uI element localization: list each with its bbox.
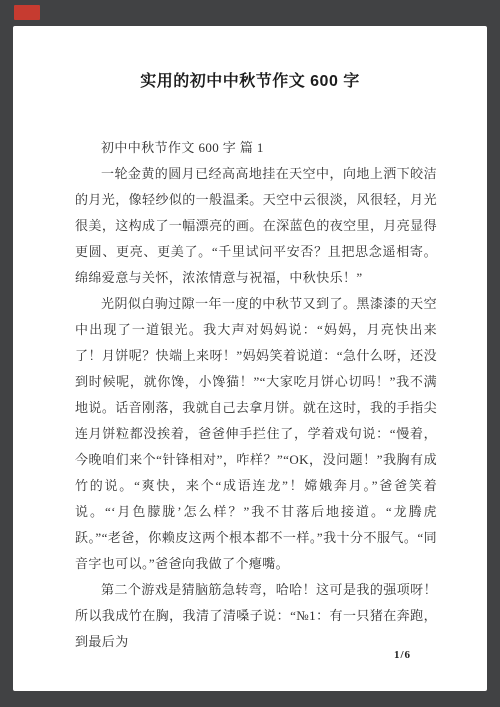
red-bookmark-icon — [14, 5, 40, 20]
paragraph: 一轮金黄的圆月已经高高地挂在天空中，向地上洒下皎洁的月光，像轻纱似的一般温柔。天… — [75, 161, 437, 291]
document-viewer: 实用的初中中秋节作文 600 字 初中中秋节作文 600 字 篇 1 一轮金黄的… — [0, 0, 500, 707]
document-body: 初中中秋节作文 600 字 篇 1 一轮金黄的圆月已经高高地挂在天空中，向地上洒… — [75, 135, 437, 655]
section-heading: 初中中秋节作文 600 字 篇 1 — [75, 135, 437, 161]
document-title: 实用的初中中秋节作文 600 字 — [0, 72, 500, 92]
paragraph: 光阴似白驹过隙一年一度的中秋节又到了。黑漆漆的天空中出现了一道银光。我大声对妈妈… — [75, 291, 437, 577]
page-number: 1/6 — [394, 648, 411, 662]
paragraph: 第二个游戏是猜脑筋急转弯，哈哈！这可是我的强项呀！所以我成竹在胸，我清了清嗓子说… — [75, 577, 437, 655]
